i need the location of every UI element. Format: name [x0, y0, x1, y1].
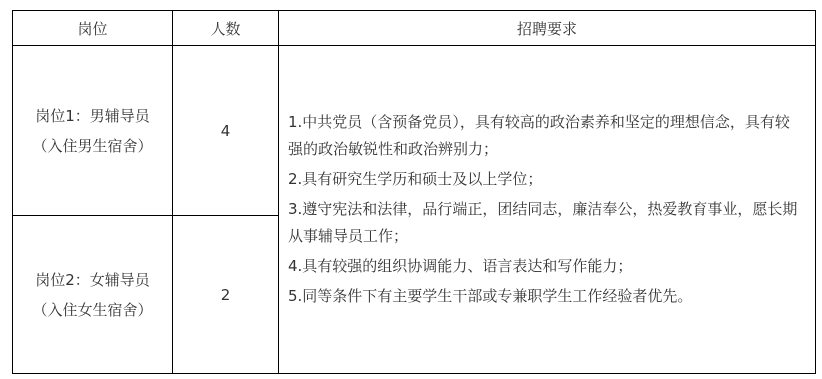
position-cell-2: 岗位2：女辅导员 （入住女生宿舍）: [13, 216, 173, 374]
requirement-item: 4.具有较强的组织协调能力、语言表达和写作能力；: [288, 253, 803, 280]
header-count: 人数: [173, 11, 279, 46]
requirement-item: 1.中共党员（含预备党员），具有较高的政治素养和坚定的理想信念，具有较强的政治敏…: [288, 109, 803, 163]
header-row: 岗位 人数 招聘要求: [13, 11, 816, 46]
recruitment-table: 岗位 人数 招聘要求 岗位1：男辅导员 （入住男生宿舍） 4 1.中共党员（含预…: [12, 10, 816, 374]
requirements-cell: 1.中共党员（含预备党员），具有较高的政治素养和坚定的理想信念，具有较强的政治敏…: [279, 46, 816, 374]
requirement-item: 3.遵守宪法和法律，品行端正，团结同志，廉洁奉公，热爱教育事业，愿长期从事辅导员…: [288, 196, 803, 250]
position-cell-1: 岗位1：男辅导员 （入住男生宿舍）: [13, 46, 173, 216]
table-row: 岗位1：男辅导员 （入住男生宿舍） 4 1.中共党员（含预备党员），具有较高的政…: [13, 46, 816, 216]
requirement-item: 5.同等条件下有主要学生干部或专兼职学生工作经验者优先。: [288, 283, 803, 310]
requirement-item: 2.具有研究生学历和硕士及以上学位；: [288, 166, 803, 193]
count-cell-1: 4: [173, 46, 279, 216]
position-title: 岗位2：女辅导员: [19, 265, 166, 295]
position-title: 岗位1：男辅导员: [19, 101, 166, 131]
header-position: 岗位: [13, 11, 173, 46]
page: 岗位 人数 招聘要求 岗位1：男辅导员 （入住男生宿舍） 4 1.中共党员（含预…: [0, 0, 822, 379]
position-note: （入住男生宿舍）: [19, 131, 166, 161]
count-cell-2: 2: [173, 216, 279, 374]
header-requirements: 招聘要求: [279, 11, 816, 46]
position-note: （入住女生宿舍）: [19, 295, 166, 325]
